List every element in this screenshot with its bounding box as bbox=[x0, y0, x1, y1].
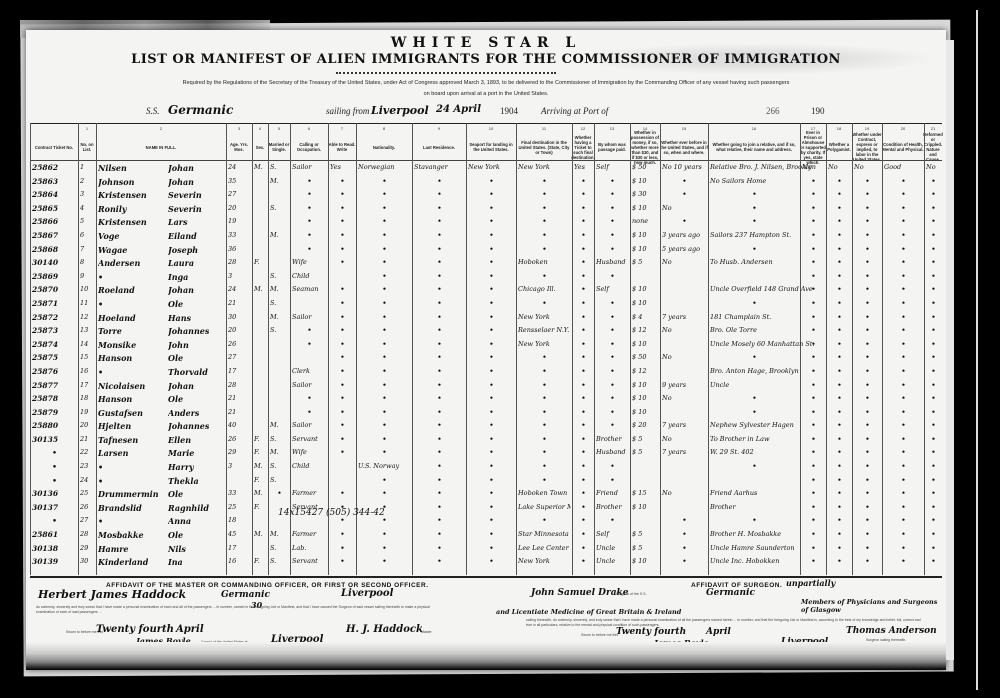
cell-age: 21 bbox=[228, 394, 251, 402]
cell-poly: • bbox=[828, 448, 851, 456]
cell-prison: • bbox=[802, 313, 825, 321]
cell-res: • bbox=[414, 340, 465, 348]
column-number: 15 bbox=[660, 126, 708, 131]
surname: Hjelten bbox=[98, 421, 131, 431]
table-top-rule bbox=[30, 123, 942, 124]
cell-ms: S. bbox=[270, 326, 289, 334]
cell-deformed: • bbox=[926, 217, 941, 225]
column-header: By whom was passage paid. bbox=[594, 134, 630, 160]
cell-port: • bbox=[468, 299, 515, 307]
cell-tkt: • bbox=[574, 435, 593, 443]
surname: Gustafsen bbox=[98, 408, 143, 418]
cell-prison: • bbox=[802, 544, 825, 552]
cell-ticket: 25861 bbox=[32, 530, 77, 539]
cell-ms: S. bbox=[270, 272, 289, 280]
cell-money: $ 5 bbox=[632, 530, 659, 538]
cell-prison: • bbox=[802, 326, 825, 334]
cell-poly: • bbox=[828, 394, 851, 402]
cell-ticket: 25864 bbox=[32, 190, 77, 199]
cell-paid: • bbox=[596, 313, 629, 321]
cell-nat: • bbox=[358, 217, 411, 225]
cell-port: • bbox=[468, 258, 515, 266]
given-name: Severin bbox=[168, 204, 202, 214]
surname: Monsike bbox=[98, 340, 136, 350]
given-name: Harry bbox=[168, 462, 194, 472]
cell-ms: M. bbox=[270, 421, 289, 429]
column-header: Final destination in the United States. … bbox=[516, 134, 572, 160]
cell-deformed: • bbox=[926, 435, 941, 443]
column-number: 4 bbox=[252, 126, 268, 131]
cell-paid: • bbox=[596, 272, 629, 280]
master-affidavit-body: do solemnly, sincerely and truly swear t… bbox=[36, 605, 446, 614]
cell-contract: • bbox=[854, 326, 881, 334]
master-from-port: Liverpool bbox=[341, 588, 393, 599]
cell-money: $ 10 bbox=[632, 381, 659, 389]
cell-deformed: • bbox=[926, 462, 941, 470]
column-header: Whether having a Ticket to such final de… bbox=[572, 134, 594, 160]
cell-port: • bbox=[468, 448, 515, 456]
cell-res: • bbox=[414, 476, 465, 484]
cell-port: • bbox=[468, 489, 515, 497]
cell-occ: Servant bbox=[292, 435, 327, 443]
cell-ms: M. bbox=[270, 231, 289, 239]
cell-port: • bbox=[468, 394, 515, 402]
column-header: Whether a Polygamist. bbox=[826, 134, 852, 160]
cell-health: • bbox=[884, 489, 923, 497]
cell-occ: • bbox=[292, 231, 327, 239]
cell-res: • bbox=[414, 299, 465, 307]
cell-rw: • bbox=[330, 313, 355, 321]
surname: Drummermin bbox=[98, 489, 159, 499]
cell-deformed: • bbox=[926, 476, 941, 484]
cell-port: • bbox=[468, 313, 515, 321]
column-header: Married or Single. bbox=[268, 134, 290, 160]
given-name: Ellen bbox=[168, 435, 191, 445]
cell-no: 7 bbox=[80, 245, 95, 253]
cell-no: 19 bbox=[80, 408, 95, 416]
cell-res: • bbox=[414, 353, 465, 361]
cell-deformed: • bbox=[926, 544, 941, 552]
cell-age: 27 bbox=[228, 190, 251, 198]
cell-res: • bbox=[414, 435, 465, 443]
surname: Johnson bbox=[98, 177, 134, 187]
cell-occ: Clerk bbox=[292, 367, 327, 375]
cell-relative: 181 Champlain St. bbox=[710, 313, 799, 321]
column-header: Sex. bbox=[252, 134, 268, 160]
cell-relative: Uncle bbox=[710, 381, 799, 389]
cell-dest: • bbox=[518, 381, 571, 389]
cell-no: 23 bbox=[80, 462, 95, 470]
cell-rw: • bbox=[330, 489, 355, 497]
cell-ticket: • bbox=[32, 516, 77, 525]
cell-relative: Uncle Overfield 148 Grand Ave bbox=[710, 285, 799, 293]
cell-age: 45 bbox=[228, 530, 251, 538]
cell-health: • bbox=[884, 190, 923, 198]
cell-port: • bbox=[468, 190, 515, 198]
cell-tkt: • bbox=[574, 231, 593, 239]
column-number: 12 bbox=[572, 126, 594, 131]
cell-tkt: • bbox=[574, 190, 593, 198]
cell-age: 40 bbox=[228, 421, 251, 429]
column-header: Ever in Prison or Almshouse or supported… bbox=[800, 134, 826, 160]
cell-contract: • bbox=[854, 353, 881, 361]
cell-before: 5 years ago bbox=[662, 245, 707, 253]
cell-res: • bbox=[414, 462, 465, 470]
cell-no: 20 bbox=[80, 421, 95, 429]
column-header: NAME IN FULL. bbox=[96, 134, 226, 160]
cell-before: No bbox=[662, 435, 707, 443]
cell-money: $ 10 bbox=[632, 557, 659, 565]
table-row: 2587212HoelandHans30M.Sailor••••New York… bbox=[30, 313, 942, 327]
cell-ticket: 30139 bbox=[32, 557, 77, 566]
table-row: 258632JohnsonJohan35M.••••••••$ 10•No Sa… bbox=[30, 177, 942, 191]
cell-before: 7 years bbox=[662, 421, 707, 429]
cell-nat: Norwegian bbox=[358, 163, 411, 171]
cell-occ: • bbox=[292, 245, 327, 253]
cell-no: 14 bbox=[80, 340, 95, 348]
cell-health: • bbox=[884, 448, 923, 456]
cell-deformed: • bbox=[926, 421, 941, 429]
cell-paid: • bbox=[596, 204, 629, 212]
cell-poly: • bbox=[828, 285, 851, 293]
cell-no: 17 bbox=[80, 381, 95, 389]
cell-ticket: 30137 bbox=[32, 503, 77, 512]
cell-health: • bbox=[884, 340, 923, 348]
surname: • bbox=[98, 516, 103, 526]
cell-age: 17 bbox=[228, 544, 251, 552]
cell-ms: S. bbox=[270, 476, 289, 484]
surgeon-sworn-month: April bbox=[706, 627, 731, 637]
table-row: •23•Harry3M.S.ChildU.S. Norway••••••••••… bbox=[30, 462, 942, 476]
cell-relative: Brother H. Mosbakke bbox=[710, 530, 799, 538]
master-signer-name: Herbert James Haddock bbox=[38, 588, 186, 601]
cell-deformed: • bbox=[926, 367, 941, 375]
cell-ticket: 25872 bbox=[32, 313, 77, 322]
cell-ticket: 30135 bbox=[32, 435, 77, 444]
cell-poly: • bbox=[828, 476, 851, 484]
cell-ticket: 25880 bbox=[32, 421, 77, 430]
cell-ticket: 25865 bbox=[32, 204, 77, 213]
cell-no: 21 bbox=[80, 435, 95, 443]
cell-money: $ 50 bbox=[632, 163, 659, 171]
cell-deformed: • bbox=[926, 353, 941, 361]
cell-paid: Self bbox=[596, 163, 629, 171]
cell-nat: • bbox=[358, 326, 411, 334]
cell-contract: • bbox=[854, 217, 881, 225]
cell-contract: • bbox=[854, 394, 881, 402]
cell-money: $ 10 bbox=[632, 285, 659, 293]
cell-prison: • bbox=[802, 231, 825, 239]
cell-dest: • bbox=[518, 231, 571, 239]
cell-prison: • bbox=[802, 258, 825, 266]
cell-poly: • bbox=[828, 353, 851, 361]
cell-res: • bbox=[414, 313, 465, 321]
cell-before: No 10 years bbox=[662, 163, 707, 171]
cell-port: • bbox=[468, 326, 515, 334]
cell-health: • bbox=[884, 516, 923, 524]
cell-nat: • bbox=[358, 313, 411, 321]
column-header: Whether in possession of money, if so, w… bbox=[630, 134, 660, 160]
cell-tkt: • bbox=[574, 394, 593, 402]
cell-no: 28 bbox=[80, 530, 95, 538]
table-row: •22LarsenMarie29F.M.Wife••••••Husband$ 5… bbox=[30, 448, 942, 462]
cell-ticket: 30136 bbox=[32, 489, 77, 498]
cell-dest: New York bbox=[518, 340, 571, 348]
cell-prison: • bbox=[802, 530, 825, 538]
given-name: Johan bbox=[168, 163, 194, 173]
table-row: 258621NilsenJohan24M.S.SailorYesNorwegia… bbox=[30, 163, 942, 177]
paper-right-edge bbox=[946, 40, 954, 660]
column-number: 2 bbox=[96, 126, 226, 131]
cell-before: 7 years bbox=[662, 448, 707, 456]
cell-sex: F. bbox=[254, 557, 267, 565]
cell-relative: No Sailors Home bbox=[710, 177, 799, 185]
cell-poly: • bbox=[828, 190, 851, 198]
surname: Ronily bbox=[98, 204, 127, 214]
cell-res: • bbox=[414, 503, 465, 511]
cell-health: • bbox=[884, 245, 923, 253]
cell-nat: • bbox=[358, 381, 411, 389]
column-header: Deformed or Crippled. Nature and Cause. bbox=[924, 134, 942, 160]
cell-paid: • bbox=[596, 177, 629, 185]
cell-port: • bbox=[468, 367, 515, 375]
cell-port: • bbox=[468, 231, 515, 239]
cell-contract: • bbox=[854, 530, 881, 538]
cell-poly: • bbox=[828, 462, 851, 470]
cell-tkt: • bbox=[574, 245, 593, 253]
cell-tkt: • bbox=[574, 367, 593, 375]
cell-occ: Farmer bbox=[292, 489, 327, 497]
cell-tkt: • bbox=[574, 462, 593, 470]
cell-contract: • bbox=[854, 489, 881, 497]
cell-deformed: No bbox=[926, 163, 941, 171]
column-number: 13 bbox=[594, 126, 630, 131]
cell-health: • bbox=[884, 557, 923, 565]
cell-sex: F. bbox=[254, 435, 267, 443]
torn-bottom-edge bbox=[26, 642, 946, 670]
cell-ticket: 30140 bbox=[32, 258, 77, 267]
cell-ticket: 25873 bbox=[32, 326, 77, 335]
cell-rw: • bbox=[330, 408, 355, 416]
column-header: Last Residence. bbox=[412, 134, 466, 160]
cell-poly: • bbox=[828, 367, 851, 375]
cell-nat: • bbox=[358, 516, 411, 524]
cell-contract: • bbox=[854, 272, 881, 280]
cell-before: No bbox=[662, 326, 707, 334]
cell-contract: • bbox=[854, 204, 881, 212]
cell-tkt: • bbox=[574, 544, 593, 552]
cell-port: • bbox=[468, 177, 515, 185]
column-number: 9 bbox=[412, 126, 466, 131]
given-name: Thekla bbox=[168, 476, 199, 486]
cell-no: 6 bbox=[80, 231, 95, 239]
column-header: Age. Yrs. Mos. bbox=[226, 134, 252, 160]
cell-prison: • bbox=[802, 204, 825, 212]
cell-no: 10 bbox=[80, 285, 95, 293]
cell-paid: Friend bbox=[596, 489, 629, 497]
cell-occ: Sailor bbox=[292, 313, 327, 321]
cell-deformed: • bbox=[926, 190, 941, 198]
cell-relative: Nephew Sylvester Hagen bbox=[710, 421, 799, 429]
cell-before: No bbox=[662, 353, 707, 361]
given-name: Ina bbox=[168, 557, 183, 567]
surname: Torre bbox=[98, 326, 122, 336]
cell-deformed: • bbox=[926, 272, 941, 280]
cell-money: $ 10 bbox=[632, 204, 659, 212]
cell-occ: Lab. bbox=[292, 544, 327, 552]
cell-no: 18 bbox=[80, 394, 95, 402]
cell-ticket: 25862 bbox=[32, 163, 77, 172]
cell-prison: • bbox=[802, 285, 825, 293]
cell-prison: • bbox=[802, 421, 825, 429]
cell-before: 7 years bbox=[662, 313, 707, 321]
cell-deformed: • bbox=[926, 448, 941, 456]
column-header: Whether under Contract, express or impli… bbox=[852, 134, 882, 160]
cell-tkt: • bbox=[574, 313, 593, 321]
given-name: Anders bbox=[168, 408, 199, 418]
cell-health: • bbox=[884, 381, 923, 389]
cell-poly: • bbox=[828, 421, 851, 429]
cell-before: No bbox=[662, 489, 707, 497]
cell-nat: • bbox=[358, 285, 411, 293]
given-name: Ole bbox=[168, 489, 183, 499]
cell-occ: Servant bbox=[292, 557, 327, 565]
given-name: Anna bbox=[168, 516, 191, 526]
surgeon-signature: Thomas Anderson bbox=[846, 626, 937, 636]
cell-res: • bbox=[414, 516, 465, 524]
cell-paid: Brother bbox=[596, 435, 629, 443]
cell-before: 9 years bbox=[662, 381, 707, 389]
cell-tkt: • bbox=[574, 340, 593, 348]
cell-age: 20 bbox=[228, 204, 251, 212]
table-row: 3013930KinderlandIna16F.S.Servant••••New… bbox=[30, 557, 942, 571]
cell-port: • bbox=[468, 245, 515, 253]
cell-paid: • bbox=[596, 245, 629, 253]
cell-paid: • bbox=[596, 353, 629, 361]
cell-rw: • bbox=[330, 353, 355, 361]
surname: Tafnesen bbox=[98, 435, 138, 445]
cell-tkt: • bbox=[574, 381, 593, 389]
cell-health: • bbox=[884, 421, 923, 429]
cell-before: No bbox=[662, 204, 707, 212]
cell-ticket: • bbox=[32, 462, 77, 471]
cell-paid: • bbox=[596, 421, 629, 429]
cell-tkt: • bbox=[574, 272, 593, 280]
cell-deformed: • bbox=[926, 313, 941, 321]
cell-tkt: • bbox=[574, 476, 593, 484]
cell-prison: • bbox=[802, 217, 825, 225]
sailing-from-port: Liverpool bbox=[371, 104, 429, 117]
given-name: Ole bbox=[168, 394, 183, 404]
cell-deformed: • bbox=[926, 245, 941, 253]
cell-res: • bbox=[414, 272, 465, 280]
cell-tkt: • bbox=[574, 326, 593, 334]
cell-contract: • bbox=[854, 177, 881, 185]
cell-poly: • bbox=[828, 435, 851, 443]
cell-res: • bbox=[414, 557, 465, 565]
cell-poly: • bbox=[828, 258, 851, 266]
cell-rw: • bbox=[330, 557, 355, 565]
cell-occ: • bbox=[292, 217, 327, 225]
cell-paid: • bbox=[596, 326, 629, 334]
cell-relative: • bbox=[710, 217, 799, 225]
cell-dest: • bbox=[518, 204, 571, 212]
cell-res: • bbox=[414, 367, 465, 375]
cell-nat: • bbox=[358, 353, 411, 361]
table-row: 2587414MonsikeJohn26•••••New York••$ 10U… bbox=[30, 340, 942, 354]
cell-deformed: • bbox=[926, 557, 941, 565]
cell-no: 2 bbox=[80, 177, 95, 185]
cell-dest: • bbox=[518, 367, 571, 375]
column-number: 3 bbox=[226, 126, 252, 131]
table-row: •24•TheklaF.S.••••••••••• bbox=[30, 476, 942, 490]
cell-nat: • bbox=[358, 476, 411, 484]
table-row: 2588020HjeltenJohannes40M.Sailor•••••••$… bbox=[30, 421, 942, 435]
surgeon-sworn-label: Sworn to before me this bbox=[581, 633, 618, 638]
cell-rw: • bbox=[330, 448, 355, 456]
arriving-date: 266 bbox=[766, 106, 780, 116]
cell-dest: Lake Superior Minn. bbox=[518, 503, 571, 511]
cell-deformed: • bbox=[926, 408, 941, 416]
cell-ms: S. bbox=[270, 557, 289, 565]
cell-rw: • bbox=[330, 421, 355, 429]
master-label: Master. bbox=[421, 630, 432, 635]
table-row: 2587515HansonOle27•••••••$ 50No•••••• bbox=[30, 353, 942, 367]
cell-before: • bbox=[662, 516, 707, 524]
surname: • bbox=[98, 462, 103, 472]
cell-prison: • bbox=[802, 367, 825, 375]
column-header: Calling or Occupation. bbox=[290, 134, 328, 160]
cell-health: • bbox=[884, 217, 923, 225]
cell-no: 26 bbox=[80, 503, 95, 511]
cell-paid: • bbox=[596, 299, 629, 307]
cell-prison: • bbox=[802, 408, 825, 416]
cell-contract: • bbox=[854, 367, 881, 375]
cell-occ: Child bbox=[292, 462, 327, 470]
cell-age: 24 bbox=[228, 285, 251, 293]
cell-contract: • bbox=[854, 313, 881, 321]
cell-nat: • bbox=[358, 258, 411, 266]
surname: Nicolaisen bbox=[98, 381, 145, 391]
cell-res: • bbox=[414, 204, 465, 212]
cell-contract: • bbox=[854, 448, 881, 456]
cell-nat: • bbox=[358, 190, 411, 198]
cell-poly: • bbox=[828, 340, 851, 348]
cell-contract: • bbox=[854, 408, 881, 416]
cell-res: • bbox=[414, 489, 465, 497]
table-row: 2587010RoelandJohan24M.M.Seaman••••Chica… bbox=[30, 285, 942, 299]
cell-before: 3 years ago bbox=[662, 231, 707, 239]
cell-occ: • bbox=[292, 340, 327, 348]
cell-dest: • bbox=[518, 435, 571, 443]
cell-ms: S. bbox=[270, 204, 289, 212]
cell-occ: Farmer bbox=[292, 530, 327, 538]
cell-paid: • bbox=[596, 394, 629, 402]
cell-deformed: • bbox=[926, 489, 941, 497]
cell-rw: • bbox=[330, 258, 355, 266]
cell-health: • bbox=[884, 476, 923, 484]
cell-prison: • bbox=[802, 353, 825, 361]
cell-rw: • bbox=[330, 435, 355, 443]
cell-contract: • bbox=[854, 421, 881, 429]
cell-money: $ 5 bbox=[632, 435, 659, 443]
cell-ticket: 30138 bbox=[32, 544, 77, 553]
table-row: 3013829HamreNils17S.Lab.••••Lee Lee Cent… bbox=[30, 544, 942, 558]
cell-prison: No bbox=[802, 163, 825, 171]
cell-nat: • bbox=[358, 340, 411, 348]
cell-age: 3 bbox=[228, 462, 251, 470]
cell-age: 28 bbox=[228, 381, 251, 389]
